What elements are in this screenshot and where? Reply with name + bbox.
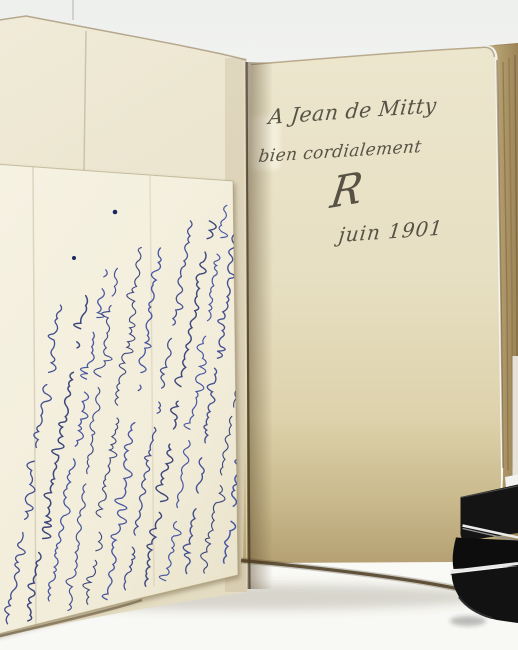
- book-photograph: A Jean de Mitty bien cordialement R juin…: [0, 0, 518, 650]
- gutter-shade: [247, 62, 273, 589]
- binder-clip-lower: [452, 566, 518, 623]
- photo-canvas: A Jean de Mitty bien cordialement R juin…: [0, 0, 518, 650]
- ink-blot: [72, 256, 76, 260]
- background-sliver: [513, 356, 518, 480]
- clip-shadow: [450, 616, 486, 626]
- ink-blot: [113, 210, 118, 215]
